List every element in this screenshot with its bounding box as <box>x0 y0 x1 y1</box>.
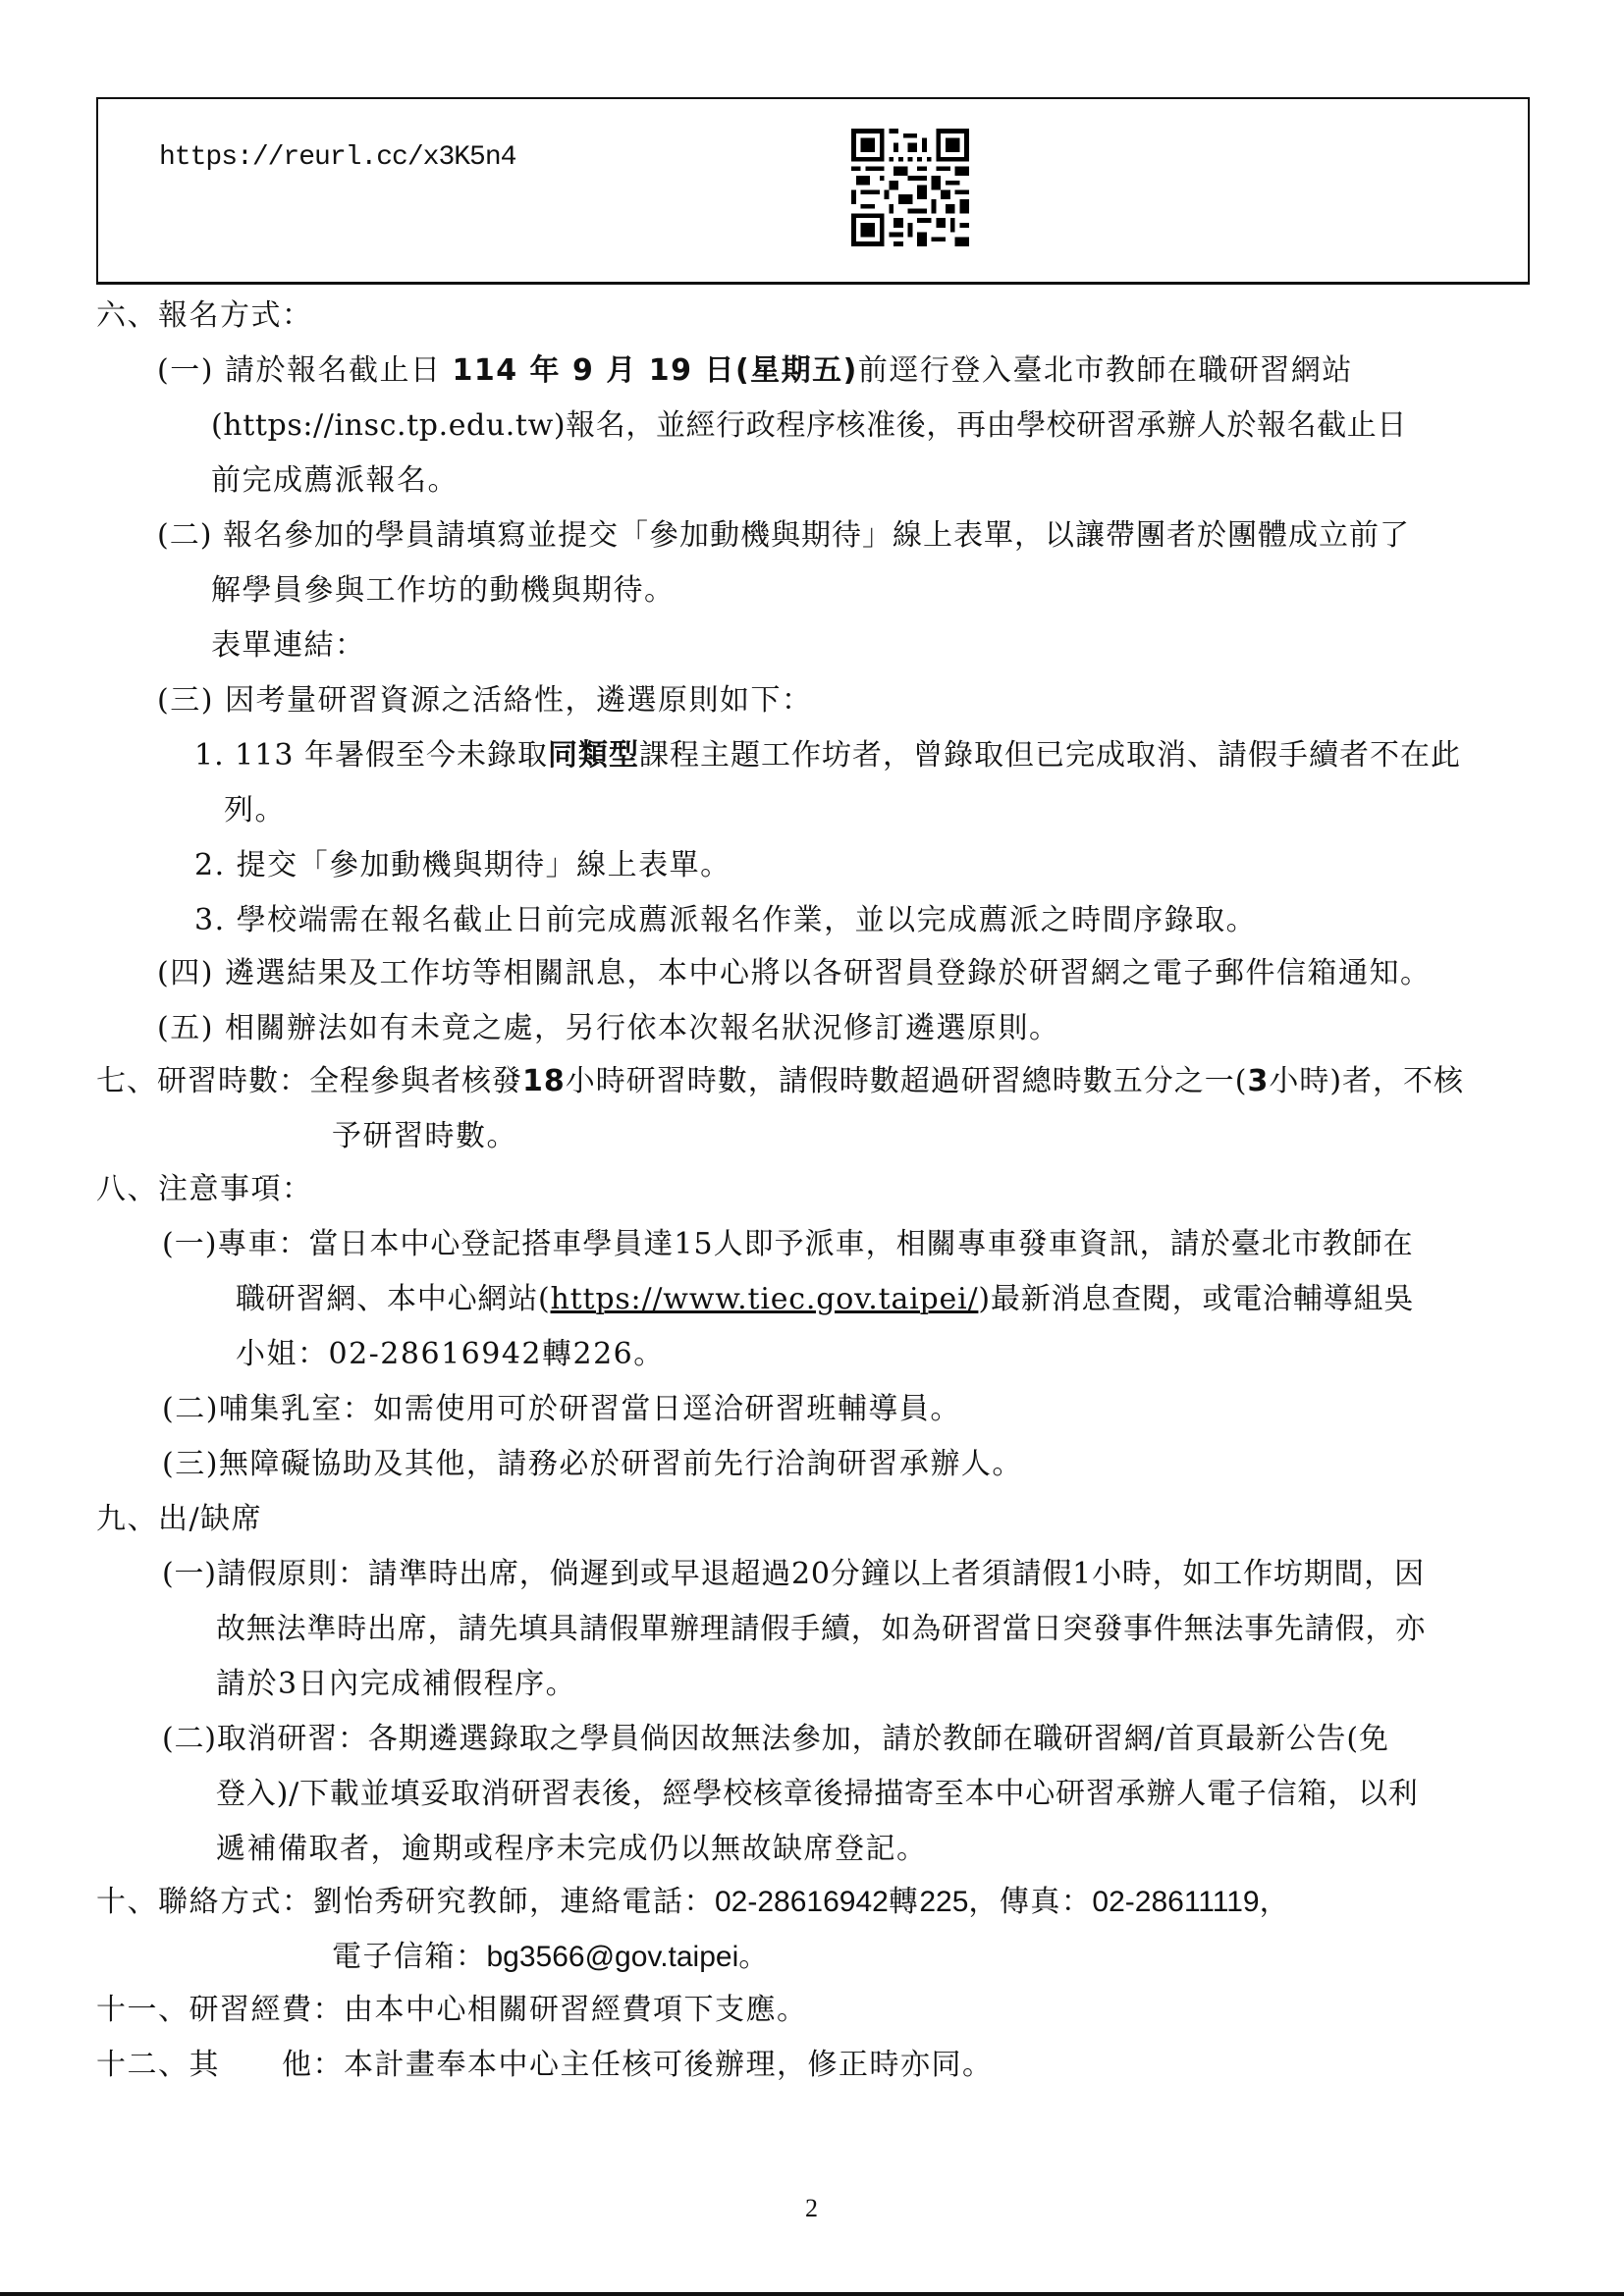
text: 職研習網、本中心網站( <box>236 1282 551 1316</box>
section-8-item-3: (三)無障礙協助及其他，請務必於研習前先行洽詢研習承辦人。 <box>162 1445 1023 1484</box>
text: )最新消息查閱，或電洽輔導組吳 <box>978 1282 1414 1316</box>
text: (一) 請於報名截止日 <box>157 353 452 388</box>
section-9-item-2: (二)取消研習：各期遴選錄取之學員倘因故無法參加，請於教師在職研習網/首頁最新公… <box>162 1720 1389 1759</box>
text: 1. 113 年暑假至今未錄取 <box>194 738 548 773</box>
deadline-date: 114 年 9 月 19 日(星期五) <box>452 353 857 388</box>
selection-rule-1-line-2: 列。 <box>224 791 286 830</box>
text: 轉 <box>889 1885 920 1919</box>
section-6-item-4: (四) 遴選結果及工作坊等相關訊息，本中心將以各研習員登錄於研習網之電子郵件信箱… <box>157 954 1431 993</box>
section-9-heading: 九、出/缺席 <box>96 1500 262 1539</box>
form-link-url[interactable]: https://reurl.cc/x3K5n4 <box>159 142 515 173</box>
text: 電子信箱： <box>332 1940 487 1974</box>
page-number: 2 <box>805 2194 818 2223</box>
form-link-box: https://reurl.cc/x3K5n4 <box>96 97 1530 285</box>
section-6-heading: 六、報名方式： <box>96 296 313 336</box>
section-11: 十一、研習經費：由本中心相關研習經費項下支應。 <box>96 1991 808 2030</box>
section-7: 七、研習時數：全程參與者核發18小時研習時數，請假時數超過研習總時數五分之一(3… <box>96 1062 1464 1101</box>
phone-extension: 225 <box>919 1886 968 1918</box>
section-6-item-1: (一) 請於報名截止日 114 年 9 月 19 日(星期五)前逕行登入臺北市教… <box>157 351 1353 391</box>
section-6-item-2-line-2: 解學員參與工作坊的動機與期待。 <box>211 571 676 611</box>
section-9-item-2-line-3: 遞補備取者，逾期或程序未完成仍以無故缺席登記。 <box>216 1830 928 1869</box>
text: 前逕行登入臺北市教師在職研習網站 <box>858 353 1353 388</box>
section-6-item-1-line-3: 前完成薦派報名。 <box>211 461 459 501</box>
section-8-item-1: (一)專車：當日本中心登記搭車學員達15人即予派車，相關專車發車資訊，請於臺北市… <box>162 1225 1414 1264</box>
section-12: 十二、其 他：本計畫奉本中心主任核可後辦理，修正時亦同。 <box>96 2046 994 2085</box>
hours: 3 <box>1247 1064 1269 1098</box>
fax-number: 02-28611119 <box>1092 1886 1259 1918</box>
section-8-item-1-line-3: 小姐：02-28616942轉226。 <box>236 1335 665 1374</box>
selection-rule-1: 1. 113 年暑假至今未錄取同類型課程主題工作坊者，曾錄取但已完成取消、請假手… <box>194 736 1461 775</box>
text: 。 <box>738 1940 770 1974</box>
phone-number: 02-28616942 <box>715 1886 889 1918</box>
section-6-item-5: (五) 相關辦法如有未竟之處，另行依本次報名狀況修訂遴選原則。 <box>157 1009 1059 1048</box>
section-9-item-1-line-2: 故無法準時出席，請先填具請假單辦理請假手續，如為研習當日突發事件無法事先請假，亦 <box>216 1610 1426 1649</box>
section-6-item-1-line-2: (https://insc.tp.edu.tw)報名，並經行政程序核准後，再由學… <box>211 406 1407 446</box>
hours: 18 <box>522 1064 566 1098</box>
emphasis: 同類型 <box>548 738 639 773</box>
tiec-website-link[interactable]: https://www.tiec.gov.taipei/ <box>551 1282 979 1316</box>
text: 小時)者，不核 <box>1269 1064 1464 1098</box>
section-7-line-2: 予研習時數。 <box>332 1117 517 1156</box>
selection-rule-3: 3. 學校端需在報名截止日前完成薦派報名作業，並以完成薦派之時間序錄取。 <box>194 901 1257 940</box>
text: 課程主題工作坊者，曾錄取但已完成取消、請假手續者不在此 <box>639 738 1461 773</box>
text: ， <box>1260 1885 1291 1919</box>
form-link-label: 表單連結： <box>211 626 366 666</box>
text: 七、研習時數：全程參與者核發 <box>96 1064 522 1098</box>
section-8-heading: 八、注意事項： <box>96 1170 313 1209</box>
section-10-contact: 十、聯絡方式：劉怡秀研究教師，連絡電話：02-28616942轉225，傳真：0… <box>96 1883 1290 1922</box>
qr-code-icon <box>849 129 971 246</box>
text: 小時研習時數，請假時數超過研習總時數五分之一( <box>566 1064 1248 1098</box>
section-10-email: 電子信箱：bg3566@gov.taipei。 <box>332 1938 770 1977</box>
section-6-item-3: (三) 因考量研習資源之活絡性，遴選原則如下： <box>157 681 812 721</box>
text: 十、聯絡方式：劉怡秀研究教師，連絡電話： <box>96 1885 715 1919</box>
section-9-item-2-line-2: 登入)/下載並填妥取消研習表後，經學校核章後掃描寄至本中心研習承辦人電子信箱，以… <box>216 1775 1419 1814</box>
section-9-item-1-line-3: 請於3日內完成補假程序。 <box>216 1665 576 1704</box>
section-9-item-1: (一)請假原則：請準時出席，倘遲到或早退超過20分鐘以上者須請假1小時，如工作坊… <box>162 1555 1425 1594</box>
contact-email[interactable]: bg3566@gov.taipei <box>487 1941 739 1973</box>
selection-rule-2: 2. 提交「參加動機與期待」線上表單。 <box>194 846 731 885</box>
section-6-item-2: (二) 報名參加的學員請填寫並提交「參加動機與期待」線上表單，以讓帶團者於團體成… <box>157 516 1410 556</box>
page-bottom-rule <box>0 2292 1624 2296</box>
section-8-item-1-line-2: 職研習網、本中心網站(https://www.tiec.gov.taipei/)… <box>236 1280 1414 1319</box>
text: ，傳真： <box>968 1885 1092 1919</box>
section-8-item-2: (二)哺集乳室：如需使用可於研習當日逕洽研習班輔導員。 <box>162 1390 961 1429</box>
document-page: https://reurl.cc/x3K5n4 六、報名方式： (一) 請於報名… <box>0 0 1624 2296</box>
